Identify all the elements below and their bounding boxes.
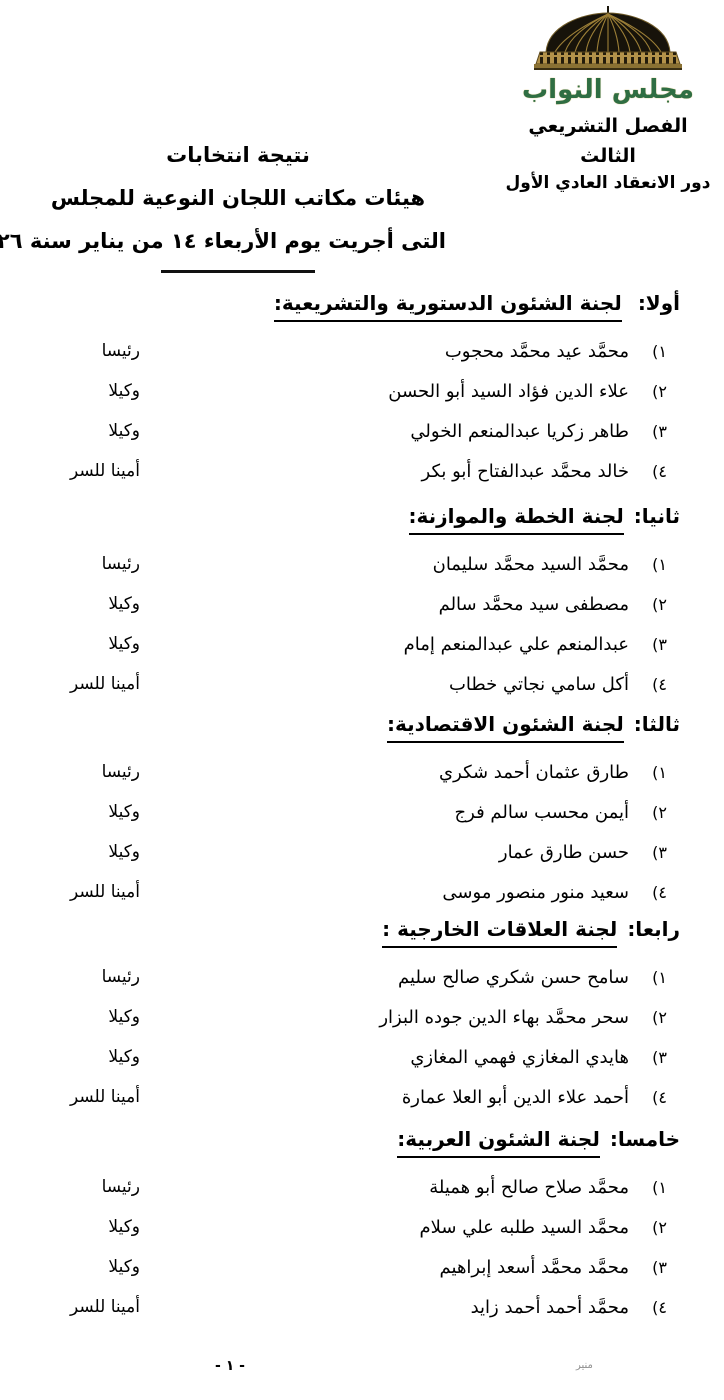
member-number: ١) bbox=[629, 341, 667, 361]
section-plan-budget-committee: ثانيا:لجنة الخطة والموازنة: ١)محمَّد الس… bbox=[30, 504, 680, 716]
member-number: ٣) bbox=[629, 1047, 667, 1067]
section-heading: ثانيا:لجنة الخطة والموازنة: bbox=[409, 504, 681, 535]
member-role: أمينا للسر bbox=[30, 674, 140, 694]
member-name: أيمن محسب سالم فرج bbox=[455, 802, 629, 823]
section-heading: خامسا:لجنة الشئون العربية: bbox=[397, 1127, 680, 1158]
member-number: ٣) bbox=[629, 634, 667, 654]
member-role: أمينا للسر bbox=[30, 461, 140, 481]
logo-session-line: دور الانعقاد العادي الأول bbox=[502, 171, 714, 195]
member-name: محمَّد عيد محمَّد محجوب bbox=[445, 341, 629, 362]
member-name: مصطفى سيد محمَّد سالم bbox=[439, 594, 629, 615]
member-role: وكيلا bbox=[30, 842, 140, 862]
member-role: وكيلا bbox=[30, 802, 140, 822]
member-row: ١)محمَّد السيد محمَّد سليمان رئيسا bbox=[30, 554, 680, 594]
member-role: وكيلا bbox=[30, 1047, 140, 1067]
member-role: رئيسا bbox=[30, 762, 140, 782]
member-number: ٢) bbox=[629, 381, 667, 401]
section-heading: أولا:لجنة الشئون الدستورية والتشريعية: bbox=[274, 291, 680, 322]
member-name: علاء الدين فؤاد السيد أبو الحسن bbox=[388, 381, 629, 402]
member-row: ١)سامح حسن شكري صالح سليم رئيسا bbox=[30, 967, 680, 1007]
member-number: ٤) bbox=[629, 461, 667, 481]
member-row: ١)محمَّد صلاح صالح أبو هميلة رئيسا bbox=[30, 1177, 680, 1217]
member-role: وكيلا bbox=[30, 421, 140, 441]
title-divider bbox=[161, 270, 315, 273]
member-row: ٤)أكل سامي نجاتي خطاب أمينا للسر bbox=[30, 674, 680, 714]
member-number: ٢) bbox=[629, 1217, 667, 1237]
committee-name: لجنة الشئون العربية: bbox=[397, 1127, 600, 1158]
member-name: محمَّد أحمد أحمد زايد bbox=[471, 1297, 629, 1318]
member-row: ٢)أيمن محسب سالم فرج وكيلا bbox=[30, 802, 680, 842]
section-ordinal: ثانيا: bbox=[634, 504, 680, 528]
member-row: ٣)طاهر زكريا عبدالمنعم الخولي وكيلا bbox=[30, 421, 680, 461]
member-row: ٤)محمَّد أحمد أحمد زايد أمينا للسر bbox=[30, 1297, 680, 1337]
section-economic-committee: ثالثا:لجنة الشئون الاقتصادية: ١)طارق عثم… bbox=[30, 712, 680, 924]
member-name: سعيد منور منصور موسى bbox=[442, 882, 629, 903]
member-name: هايدي المغازي فهمي المغازي bbox=[410, 1047, 629, 1068]
member-number: ٤) bbox=[629, 882, 667, 902]
member-row: ٤)أحمد علاء الدين أبو العلا عمارة أمينا … bbox=[30, 1087, 680, 1127]
member-row: ٣)حسن طارق عمار وكيلا bbox=[30, 842, 680, 882]
member-name: سامح حسن شكري صالح سليم bbox=[398, 967, 629, 988]
member-role: رئيسا bbox=[30, 341, 140, 361]
member-role: وكيلا bbox=[30, 594, 140, 614]
member-name: حسن طارق عمار bbox=[499, 842, 629, 863]
member-number: ٢) bbox=[629, 1007, 667, 1027]
member-number: ٣) bbox=[629, 842, 667, 862]
member-number: ١) bbox=[629, 967, 667, 987]
member-name: أكل سامي نجاتي خطاب bbox=[449, 674, 629, 695]
section-ordinal: ثالثا: bbox=[634, 712, 680, 736]
member-number: ٣) bbox=[629, 1257, 667, 1277]
member-row: ٣)عبدالمنعم علي عبدالمنعم إمام وكيلا bbox=[30, 634, 680, 674]
member-role: أمينا للسر bbox=[30, 1297, 140, 1317]
member-row: ٢)علاء الدين فؤاد السيد أبو الحسن وكيلا bbox=[30, 381, 680, 421]
document-page: { "header": { "logo": { "title": "مجلس ا… bbox=[0, 0, 724, 1400]
footer-watermark: منير bbox=[576, 1360, 593, 1371]
title-line-1: نتيجة انتخابات bbox=[30, 134, 446, 177]
section-ordinal: رابعا: bbox=[627, 917, 680, 941]
member-number: ٣) bbox=[629, 421, 667, 441]
member-role: وكيلا bbox=[30, 381, 140, 401]
member-row: ٣)محمَّد محمَّد أسعد إبراهيم وكيلا bbox=[30, 1257, 680, 1297]
member-name: محمَّد محمَّد أسعد إبراهيم bbox=[440, 1257, 629, 1278]
member-number: ١) bbox=[629, 1177, 667, 1197]
member-number: ٢) bbox=[629, 802, 667, 822]
member-name: خالد محمَّد عبدالفتاح أبو بكر bbox=[422, 461, 629, 482]
member-number: ٤) bbox=[629, 1087, 667, 1107]
member-role: رئيسا bbox=[30, 554, 140, 574]
section-heading: ثالثا:لجنة الشئون الاقتصادية: bbox=[387, 712, 680, 743]
member-row: ٣)هايدي المغازي فهمي المغازي وكيلا bbox=[30, 1047, 680, 1087]
member-number: ١) bbox=[629, 762, 667, 782]
member-row: ٢)مصطفى سيد محمَّد سالم وكيلا bbox=[30, 594, 680, 634]
member-name: محمَّد السيد طلبه علي سلام bbox=[420, 1217, 629, 1238]
member-number: ٢) bbox=[629, 594, 667, 614]
member-role: أمينا للسر bbox=[30, 1087, 140, 1107]
committee-name: لجنة الخطة والموازنة: bbox=[409, 504, 624, 535]
member-role: وكيلا bbox=[30, 1007, 140, 1027]
member-row: ٤)سعيد منور منصور موسى أمينا للسر bbox=[30, 882, 680, 922]
section-heading: رابعا:لجنة العلاقات الخارجية : bbox=[382, 917, 680, 948]
document-title: نتيجة انتخابات هيئات مكاتب اللجان النوعي… bbox=[30, 134, 446, 273]
section-constitutional-committee: أولا:لجنة الشئون الدستورية والتشريعية: ١… bbox=[30, 291, 680, 503]
member-role: رئيسا bbox=[30, 967, 140, 987]
member-role: وكيلا bbox=[30, 634, 140, 654]
member-role: رئيسا bbox=[30, 1177, 140, 1197]
committee-name: لجنة الشئون الاقتصادية: bbox=[387, 712, 624, 743]
parliament-dome-icon bbox=[524, 6, 692, 72]
title-line-2: هيئات مكاتب اللجان النوعية للمجلس bbox=[30, 177, 446, 220]
title-line-3: التى أجريت يوم الأربعاء ١٤ من يناير سنة … bbox=[30, 220, 446, 263]
member-number: ٤) bbox=[629, 1297, 667, 1317]
section-ordinal: أولا: bbox=[638, 291, 680, 315]
section-foreign-relations-committee: رابعا:لجنة العلاقات الخارجية : ١)سامح حس… bbox=[30, 917, 680, 1129]
section-arab-affairs-committee: خامسا:لجنة الشئون العربية: ١)محمَّد صلاح… bbox=[30, 1127, 680, 1339]
parliament-logo: مجلس النواب الفصل التشريعي الثالث دور ال… bbox=[502, 6, 714, 195]
member-row: ١)محمَّد عيد محمَّد محجوب رئيسا bbox=[30, 341, 680, 381]
logo-title: مجلس النواب bbox=[502, 73, 714, 107]
member-name: عبدالمنعم علي عبدالمنعم إمام bbox=[404, 634, 629, 655]
committee-name: لجنة الشئون الدستورية والتشريعية: bbox=[274, 291, 622, 322]
member-role: وكيلا bbox=[30, 1257, 140, 1277]
section-ordinal: خامسا: bbox=[610, 1127, 680, 1151]
logo-legislative-term: الفصل التشريعي الثالث bbox=[502, 111, 714, 171]
member-row: ٤)خالد محمَّد عبدالفتاح أبو بكر أمينا لل… bbox=[30, 461, 680, 501]
member-name: محمَّد صلاح صالح أبو هميلة bbox=[429, 1177, 629, 1198]
member-name: سحر محمَّد بهاء الدين جوده البزار bbox=[379, 1007, 629, 1028]
member-role: وكيلا bbox=[30, 1217, 140, 1237]
committee-name: لجنة العلاقات الخارجية : bbox=[382, 917, 617, 948]
member-row: ١)طارق عثمان أحمد شكري رئيسا bbox=[30, 762, 680, 802]
member-number: ٤) bbox=[629, 674, 667, 694]
member-row: ٢)سحر محمَّد بهاء الدين جوده البزار وكيل… bbox=[30, 1007, 680, 1047]
member-role: أمينا للسر bbox=[30, 882, 140, 902]
member-name: طارق عثمان أحمد شكري bbox=[439, 762, 629, 783]
member-name: محمَّد السيد محمَّد سليمان bbox=[433, 554, 629, 575]
member-number: ١) bbox=[629, 554, 667, 574]
member-name: أحمد علاء الدين أبو العلا عمارة bbox=[402, 1087, 629, 1108]
member-name: طاهر زكريا عبدالمنعم الخولي bbox=[410, 421, 629, 442]
page-number: - ١ - bbox=[200, 1358, 260, 1374]
member-row: ٢)محمَّد السيد طلبه علي سلام وكيلا bbox=[30, 1217, 680, 1257]
